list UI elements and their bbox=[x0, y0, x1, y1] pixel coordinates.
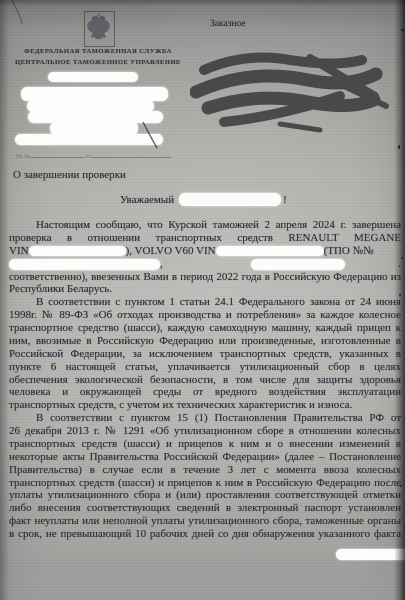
page-left-shadow bbox=[0, 0, 9, 600]
redaction-bar-vin1 bbox=[29, 246, 126, 256]
reply-no-blank bbox=[30, 151, 84, 158]
body-line: транспортное средство (шасси), каждую са… bbox=[9, 322, 401, 335]
body-line: 1998г. № 89-ФЗ «Об отходах производства … bbox=[9, 309, 401, 322]
redaction-bar bbox=[48, 72, 138, 82]
redaction-bar-name bbox=[179, 193, 281, 206]
letterhead-org-line1: ФЕДЕРАЛЬНАЯ ТАМОЖЕННАЯ СЛУЖБА bbox=[8, 48, 188, 55]
tpo-comma: , bbox=[160, 258, 163, 271]
body-line-vin: VIN ), VOLVO V60 VIN (ТПО №№ bbox=[9, 245, 401, 258]
letter-body: Настоящим сообщаю, что Курской таможней … bbox=[9, 219, 401, 541]
body-line: В соответствии с пунктом 1 статьи 24.1 Ф… bbox=[9, 296, 401, 309]
redaction-bar-tpo1 bbox=[9, 259, 160, 270]
body-line: в срок, не превышающий 10 рабочих дней с… bbox=[9, 528, 401, 541]
postal-mark-label: Заказное bbox=[210, 19, 246, 29]
reply-no-label: На № bbox=[16, 154, 30, 160]
page-right-shadow bbox=[394, 0, 405, 600]
coat-of-arms-icon bbox=[84, 11, 115, 47]
letterhead-org-line2: ЦЕНТРАЛЬНОЕ ТАМОЖЕННОЕ УПРАВЛЕНИЕ bbox=[8, 59, 188, 66]
date-blank bbox=[91, 151, 171, 158]
vin-middle-text: ), VOLVO V60 VIN bbox=[126, 245, 216, 258]
redaction-bar-tpo2 bbox=[251, 259, 345, 270]
body-line: пункте 6 настоящей статьи, уплачивается … bbox=[9, 361, 401, 374]
scanned-letter-page: ФЕДЕРАЛЬНАЯ ТАМОЖЕННАЯ СЛУЖБА ЦЕНТРАЛЬНО… bbox=[0, 0, 405, 600]
body-line: В соответствии с пунктом 15 (1) Постанов… bbox=[9, 412, 401, 425]
subject-line: О завершении проверки bbox=[13, 169, 126, 181]
body-line: Правительства) в случае если в течение 3… bbox=[9, 464, 401, 477]
body-line: факт неуплаты или неполной уплаты утилиз… bbox=[9, 515, 401, 528]
body-line: Республики Беларусь. bbox=[9, 283, 401, 296]
body-line-tpo: , . bbox=[9, 258, 401, 271]
double-headed-eagle-icon bbox=[85, 12, 112, 44]
body-line: человека и окружающей среды от вредного … bbox=[9, 386, 401, 399]
body-line: проверка в отношении транспортных средст… bbox=[9, 232, 401, 245]
body-line: соответственно), ввезенных Вами в период… bbox=[9, 271, 401, 284]
vin-label: VIN bbox=[9, 245, 29, 258]
body-line: 26 декабря 2013 г. № 1291 «Об утилизацио… bbox=[9, 425, 401, 438]
redaction-bar bbox=[21, 87, 168, 101]
body-line: некоторые акты Правительства Российской … bbox=[9, 451, 401, 464]
body-line: транспортных средств, с учетом их технич… bbox=[9, 399, 401, 412]
salutation-line: Уважаемый ! bbox=[120, 193, 287, 206]
redaction-bar bbox=[15, 134, 163, 145]
salutation-word: Уважаемый bbox=[120, 194, 174, 206]
tpo-label: (ТПО №№ bbox=[324, 245, 374, 258]
salutation-punct: ! bbox=[283, 194, 287, 206]
body-line: Российской Федерации, за исключением тра… bbox=[9, 348, 401, 361]
body-line: транспортных средств (шасси) и прицепов … bbox=[9, 477, 401, 490]
body-line: обеспечения экологической безопасности, … bbox=[9, 374, 401, 387]
body-line: транспортных средств (шасси) и прицепов … bbox=[9, 438, 401, 451]
redaction-bar-vin2 bbox=[216, 246, 324, 256]
reference-line: На № от bbox=[16, 151, 171, 160]
page-top-shadow bbox=[0, 0, 405, 6]
body-line: ним, ввозимые в Российскую Федерацию или… bbox=[9, 335, 401, 348]
body-line: Настоящим сообщаю, что Курской таможней … bbox=[9, 219, 401, 232]
body-line: либо внесения соответствующих сведений в… bbox=[9, 502, 401, 515]
body-line: уплаты утилизационного сбора и (или) про… bbox=[9, 489, 401, 502]
